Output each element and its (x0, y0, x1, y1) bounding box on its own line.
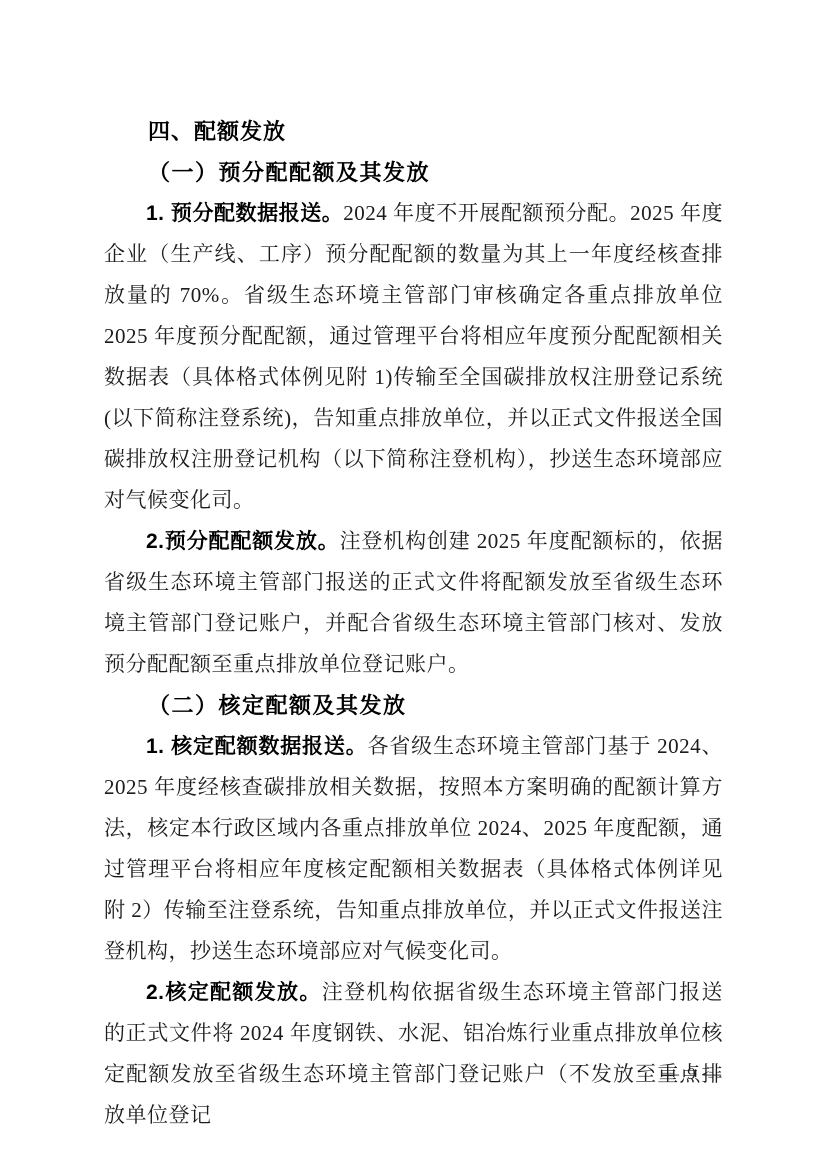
page-number: — 9 — (104, 1062, 723, 1086)
paragraph-lead: 1. 预分配数据报送。 (146, 202, 343, 225)
paragraph-predistribution-data-report: 1. 预分配数据报送。2024 年度不开展配额预分配。2025 年度企业（生产线… (104, 193, 723, 521)
paragraph-lead: 2.核定配额发放。 (146, 981, 322, 1004)
document-page: 四、配额发放 （一）预分配配额及其发放 1. 预分配数据报送。2024 年度不开… (0, 0, 826, 1169)
subsection-1-heading: （一）预分配配额及其发放 (104, 152, 723, 193)
paragraph-verified-quota-issuance: 2.核定配额发放。注登机构依据省级生态环境主管部门报送的正式文件将 2024 年… (104, 972, 723, 1136)
document-content: 四、配额发放 （一）预分配配额及其发放 1. 预分配数据报送。2024 年度不开… (104, 111, 723, 1136)
paragraph-predistribution-issuance: 2.预分配配额发放。注登机构创建 2025 年度配额标的，依据省级生态环境主管部… (104, 521, 723, 685)
subsection-2-heading: （二）核定配额及其发放 (104, 685, 723, 726)
section-heading: 四、配额发放 (104, 111, 723, 152)
paragraph-lead: 1. 核定配额数据报送。 (146, 735, 368, 758)
paragraph-verified-quota-data-report: 1. 核定配额数据报送。各省级生态环境主管部门基于 2024、2025 年度经核… (104, 726, 723, 972)
paragraph-lead: 2.预分配配额发放。 (146, 530, 340, 553)
paragraph-body: 2024 年度不开展配额预分配。2025 年度企业（生产线、工序）预分配配额的数… (104, 201, 723, 512)
paragraph-body: 各省级生态环境主管部门基于 2024、2025 年度经核查碳排放相关数据，按照本… (104, 734, 723, 963)
